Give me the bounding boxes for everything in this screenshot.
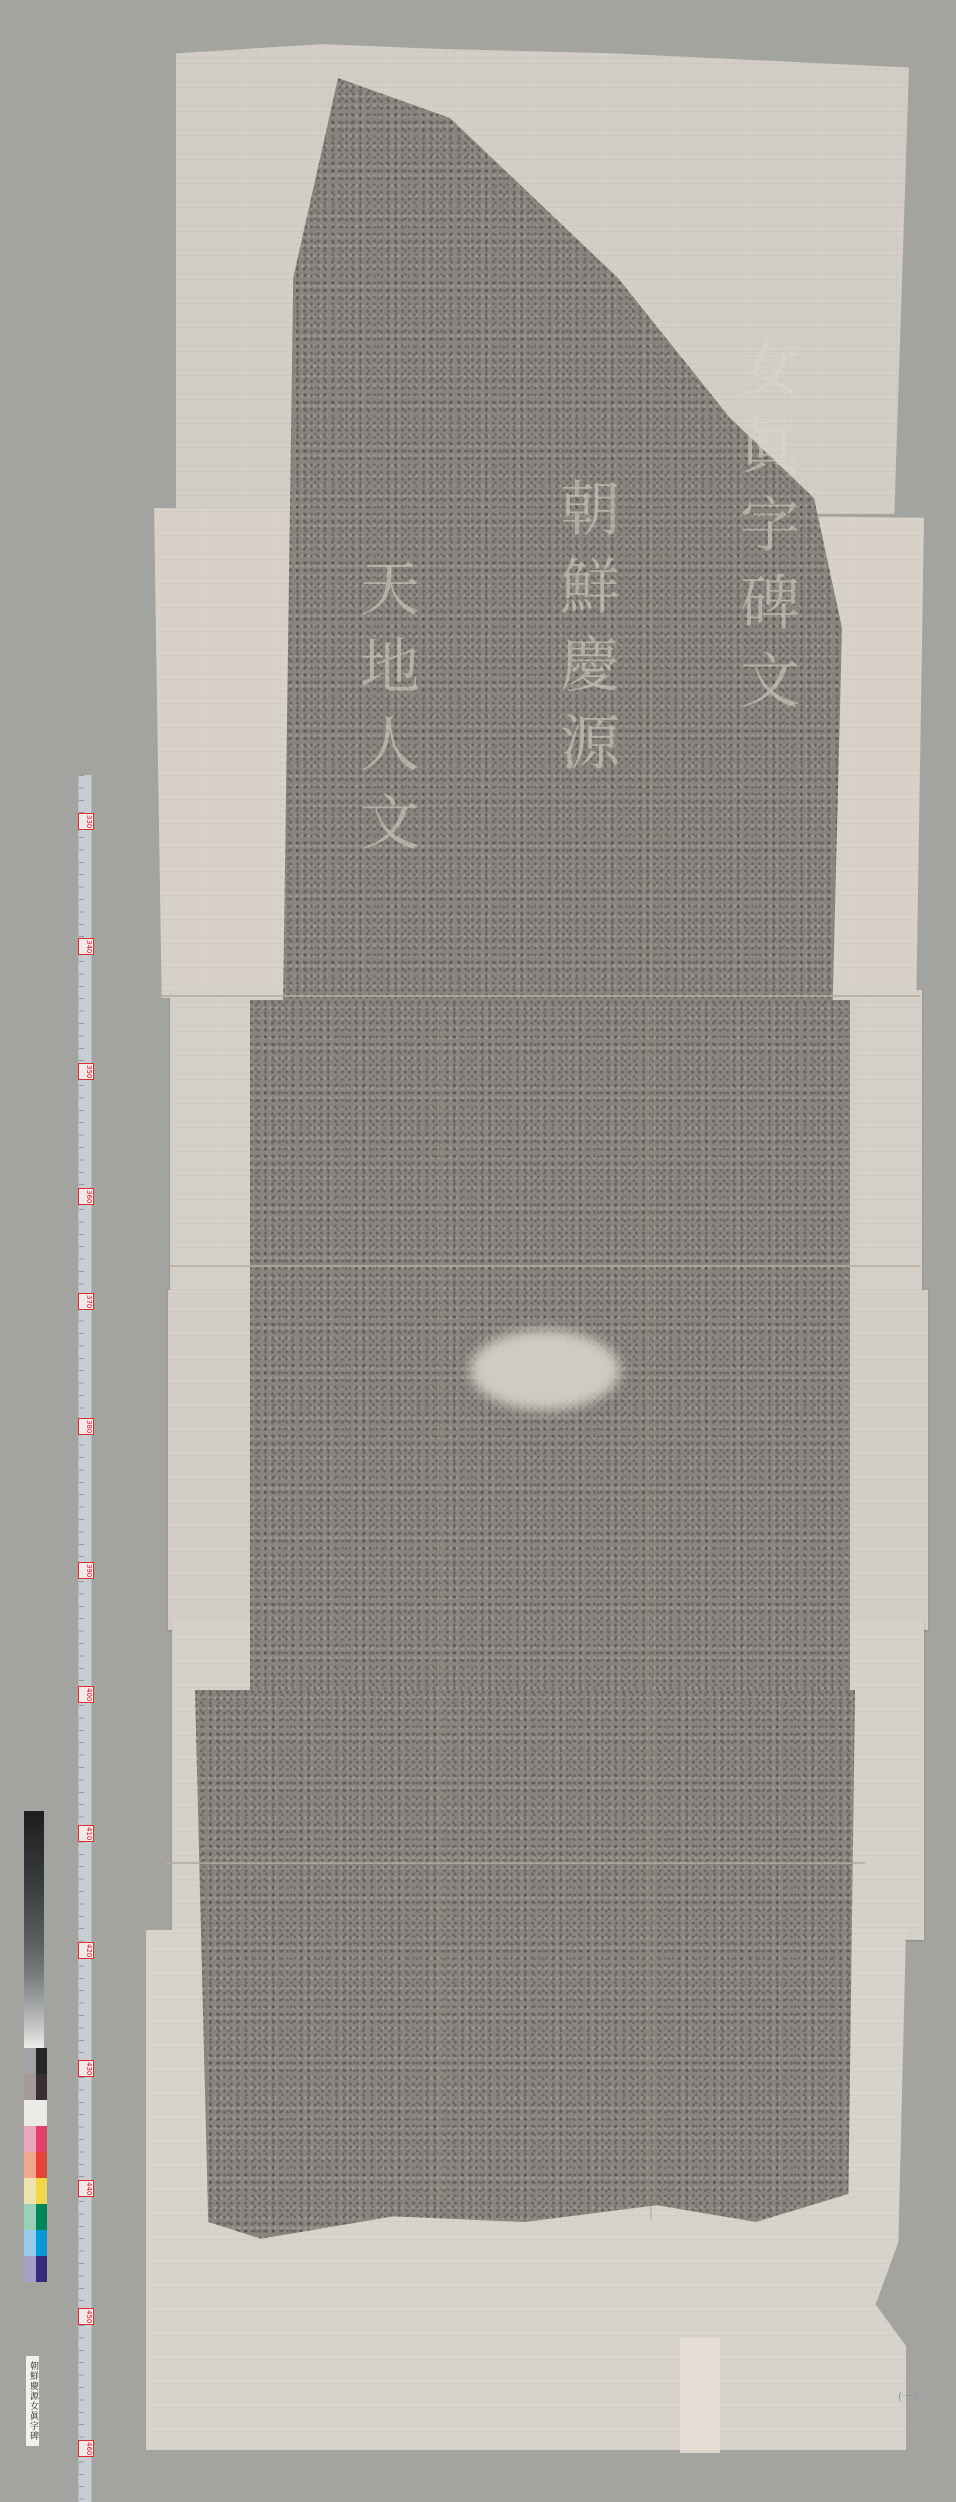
glyph: 碑 <box>740 574 800 634</box>
repair-tape <box>680 2338 720 2453</box>
color-checker <box>24 1811 47 2282</box>
worn-blank-area <box>470 1330 620 1410</box>
ruler-label: 450 <box>78 2308 94 2325</box>
glyph: 鮮 <box>560 558 620 618</box>
photograph-stage: 女 眞 字 碑 文 朝 鮮 慶 源 天 地 人 文 (一) 330 340 35… <box>0 0 956 2502</box>
swatch-row <box>24 2178 47 2204</box>
swatch-row <box>24 2256 47 2282</box>
ruler-label: 340 <box>78 938 94 955</box>
ruler-label: 350 <box>78 1063 94 1080</box>
fold-line <box>165 1862 865 1864</box>
glyph: 文 <box>740 652 800 712</box>
corner-mark: (一) <box>898 2388 918 2404</box>
swatch-row <box>24 2074 47 2100</box>
glyph: 地 <box>360 638 420 698</box>
swatch-row <box>24 2152 47 2178</box>
glyph: 眞 <box>740 418 800 478</box>
gray-scale-strip <box>24 1811 44 2048</box>
glyph: 朝 <box>560 480 620 540</box>
glyph: 女 <box>740 340 800 400</box>
inscription-column-3: 天 地 人 文 <box>360 560 420 854</box>
glyph: 字 <box>740 496 800 556</box>
glyph: 源 <box>560 714 620 774</box>
ruler-label: 460 <box>78 2440 94 2457</box>
inscription-column-2: 朝 鮮 慶 源 <box>560 480 620 774</box>
swatch-row <box>24 2100 47 2126</box>
ruler-label: 430 <box>78 2060 94 2077</box>
glyph: 人 <box>360 716 420 776</box>
fold-line <box>160 995 920 997</box>
ruler-label: 370 <box>78 1293 94 1310</box>
glyph: 天 <box>360 560 420 620</box>
ruler-ticks <box>79 775 84 2502</box>
ruler-label: 380 <box>78 1418 94 1435</box>
inscription-column-1: 女 眞 字 碑 文 <box>740 340 800 712</box>
catalog-label: 朝鮮慶源女眞字碑 <box>26 2356 39 2446</box>
ruler-label: 400 <box>78 1686 94 1703</box>
ink-rubbing-lower <box>195 1690 855 2250</box>
scale-ruler: 330 340 350 360 370 380 390 400 410 420 … <box>78 775 92 2502</box>
ruler-label: 420 <box>78 1942 94 1959</box>
ruler-label: 330 <box>78 813 94 830</box>
vertical-fold <box>650 520 652 2220</box>
glyph: 慶 <box>560 636 620 696</box>
ruler-label: 390 <box>78 1562 94 1579</box>
glyph: 文 <box>360 794 420 854</box>
fold-line <box>170 1265 920 1267</box>
ruler-label: 360 <box>78 1188 94 1205</box>
swatch-row <box>24 2048 47 2074</box>
ruler-label: 440 <box>78 2180 94 2197</box>
ruler-label: 410 <box>78 1825 94 1842</box>
vertical-fold <box>440 1000 442 2200</box>
swatch-row <box>24 2126 47 2152</box>
swatch-row <box>24 2230 47 2256</box>
swatch-row <box>24 2204 47 2230</box>
